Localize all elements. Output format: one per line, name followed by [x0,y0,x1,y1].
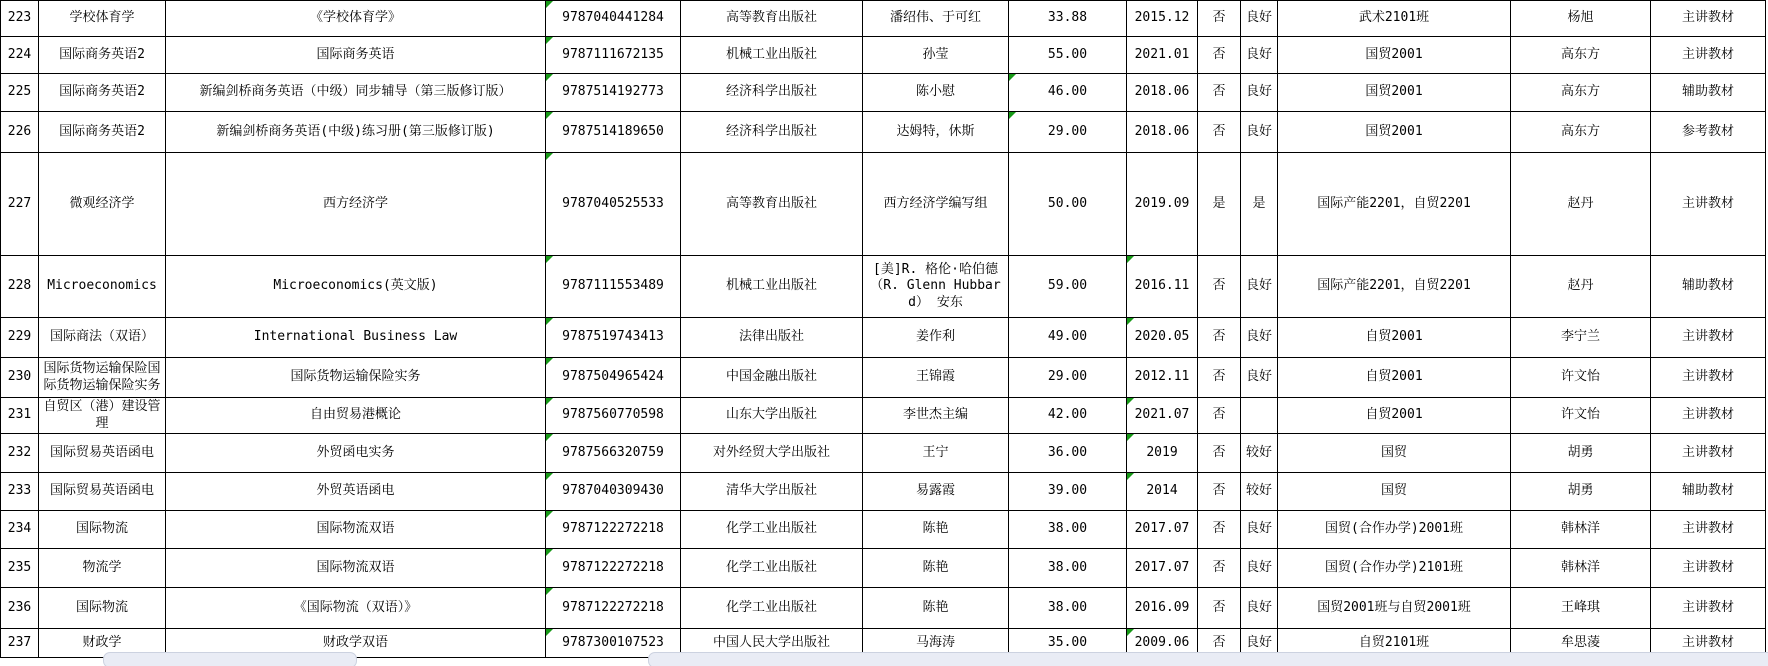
cell-textbook-title[interactable]: 《国际物流（双语）》 [166,588,546,629]
cell-course-name[interactable]: 物流学 [39,549,166,588]
cell-textbook-title[interactable]: 外贸函电实务 [166,434,546,473]
cell-author[interactable]: [美]R. 格伦·哈伯德（R. Glenn Hubbard） 安东 [863,256,1009,318]
cell-row-number[interactable]: 230 [1,358,39,398]
bottom-scrollbar-segment-right[interactable] [648,652,1768,666]
cell-publish-date[interactable]: 2020.05 [1127,318,1198,358]
cell-isbn[interactable]: 9787111672135 [546,37,681,74]
cell-condition[interactable]: 良好 [1241,37,1278,74]
cell-price[interactable]: 33.88 [1009,1,1127,37]
cell-material-usage[interactable]: 主讲教材 [1651,1,1766,37]
cell-row-number[interactable]: 227 [1,153,39,256]
cell-teacher-name[interactable]: 王峰琪 [1511,588,1651,629]
cell-publish-date[interactable]: 2019 [1127,434,1198,473]
cell-material-usage[interactable]: 主讲教材 [1651,588,1766,629]
cell-publisher[interactable]: 高等教育出版社 [681,1,863,37]
cell-yes-no[interactable]: 否 [1198,74,1241,112]
cell-yes-no[interactable]: 否 [1198,37,1241,74]
cell-course-name[interactable]: 国际货物运输保险国际货物运输保险实务 [39,358,166,398]
cell-isbn[interactable]: 9787122272218 [546,588,681,629]
cell-price[interactable]: 46.00 [1009,74,1127,112]
cell-material-usage[interactable]: 主讲教材 [1651,318,1766,358]
cell-material-usage[interactable]: 主讲教材 [1651,153,1766,256]
textbook-table: 223学校体育学《学校体育学》9787040441284高等教育出版社潘绍伟、于… [0,0,1766,658]
bottom-scrollbar-segment-left[interactable] [103,652,357,666]
cell-publish-date[interactable]: 2017.07 [1127,511,1198,549]
cell-row-number[interactable]: 229 [1,318,39,358]
cell-price[interactable]: 50.00 [1009,153,1127,256]
cell-class-names[interactable]: 国贸 [1278,434,1511,473]
cell-row-number[interactable]: 224 [1,37,39,74]
cell-publish-date[interactable]: 2019.09 [1127,153,1198,256]
cell-author[interactable]: 陈小慰 [863,74,1009,112]
cell-course-name[interactable]: 微观经济学 [39,153,166,256]
cell-price[interactable]: 38.00 [1009,511,1127,549]
cell-publisher[interactable]: 对外经贸大学出版社 [681,434,863,473]
cell-publish-date[interactable]: 2021.07 [1127,398,1198,434]
cell-author[interactable]: 潘绍伟、于可红 [863,1,1009,37]
cell-price[interactable]: 36.00 [1009,434,1127,473]
cell-textbook-title[interactable]: Microeconomics(英文版) [166,256,546,318]
cell-row-number[interactable]: 232 [1,434,39,473]
cell-material-usage[interactable]: 参考教材 [1651,112,1766,153]
cell-condition[interactable] [1241,398,1278,434]
table-row: 236国际物流《国际物流（双语）》9787122272218化学工业出版社陈艳3… [1,588,1766,629]
cell-publisher[interactable]: 高等教育出版社 [681,153,863,256]
cell-yes-no[interactable]: 否 [1198,473,1241,511]
cell-yes-no[interactable]: 否 [1198,1,1241,37]
cell-price[interactable]: 38.00 [1009,588,1127,629]
cell-teacher-name[interactable]: 胡勇 [1511,473,1651,511]
cell-class-names[interactable]: 自贸2001 [1278,398,1511,434]
cell-teacher-name[interactable]: 杨旭 [1511,1,1651,37]
cell-textbook-title[interactable]: International Business Law [166,318,546,358]
cell-publisher[interactable]: 经济科学出版社 [681,112,863,153]
cell-textbook-title[interactable]: 新编剑桥商务英语(中级)练习册(第三版修订版) [166,112,546,153]
cell-publish-date[interactable]: 2017.07 [1127,549,1198,588]
cell-material-usage[interactable]: 主讲教材 [1651,398,1766,434]
cell-class-names[interactable]: 国贸2001 [1278,112,1511,153]
cell-class-names[interactable]: 国贸(合作办学)2101班 [1278,549,1511,588]
cell-course-name[interactable]: 国际物流 [39,588,166,629]
cell-row-number[interactable]: 234 [1,511,39,549]
cell-publish-date[interactable]: 2015.12 [1127,1,1198,37]
cell-publish-date[interactable]: 2018.06 [1127,112,1198,153]
table-row: 231自贸区（港）建设管理自由贸易港概论9787560770598山东大学出版社… [1,398,1766,434]
cell-course-name[interactable]: 学校体育学 [39,1,166,37]
cell-price[interactable]: 29.00 [1009,112,1127,153]
table-row: 228MicroeconomicsMicroeconomics(英文版)9787… [1,256,1766,318]
spreadsheet-view: 223学校体育学《学校体育学》9787040441284高等教育出版社潘绍伟、于… [0,0,1768,666]
cell-course-name[interactable]: 国际商务英语2 [39,74,166,112]
cell-textbook-title[interactable]: 国际货物运输保险实务 [166,358,546,398]
cell-course-name[interactable]: 国际商务英语2 [39,112,166,153]
cell-isbn[interactable]: 9787040309430 [546,473,681,511]
cell-publisher[interactable]: 清华大学出版社 [681,473,863,511]
cell-teacher-name[interactable]: 李宁兰 [1511,318,1651,358]
cell-publisher[interactable]: 机械工业出版社 [681,256,863,318]
cell-textbook-title[interactable]: 国际物流双语 [166,549,546,588]
cell-textbook-title[interactable]: 新编剑桥商务英语（中级）同步辅导（第三版修订版） [166,74,546,112]
cell-author[interactable]: 陈艳 [863,588,1009,629]
cell-class-names[interactable]: 自贸2001 [1278,318,1511,358]
cell-material-usage[interactable]: 主讲教材 [1651,434,1766,473]
cell-yes-no[interactable]: 否 [1198,434,1241,473]
cell-price[interactable]: 39.00 [1009,473,1127,511]
cell-yes-no[interactable]: 否 [1198,256,1241,318]
cell-yes-no[interactable]: 否 [1198,398,1241,434]
cell-class-names[interactable]: 武术2101班 [1278,1,1511,37]
cell-yes-no[interactable]: 否 [1198,549,1241,588]
cell-author[interactable]: 王锦霞 [863,358,1009,398]
cell-condition[interactable]: 良好 [1241,318,1278,358]
cell-yes-no[interactable]: 是 [1198,153,1241,256]
cell-row-number[interactable]: 223 [1,1,39,37]
cell-isbn[interactable]: 9787504965424 [546,358,681,398]
cell-isbn[interactable]: 9787566320759 [546,434,681,473]
cell-course-name[interactable]: 国际商法（双语） [39,318,166,358]
cell-yes-no[interactable]: 否 [1198,588,1241,629]
cell-condition[interactable]: 良好 [1241,549,1278,588]
cell-yes-no[interactable]: 否 [1198,511,1241,549]
cell-course-name[interactable]: 国际物流 [39,511,166,549]
cell-author[interactable]: 李世杰主编 [863,398,1009,434]
cell-condition[interactable]: 较好 [1241,434,1278,473]
cell-teacher-name[interactable]: 赵丹 [1511,256,1651,318]
cell-condition[interactable]: 良好 [1241,74,1278,112]
table-row: 233国际贸易英语函电外贸英语函电9787040309430清华大学出版社易露霞… [1,473,1766,511]
table-row: 230国际货物运输保险国际货物运输保险实务国际货物运输保险实务978750496… [1,358,1766,398]
cell-yes-no[interactable]: 否 [1198,112,1241,153]
cell-course-name[interactable]: Microeconomics [39,256,166,318]
cell-isbn[interactable]: 9787040441284 [546,1,681,37]
cell-row-number[interactable]: 226 [1,112,39,153]
cell-row-number[interactable]: 225 [1,74,39,112]
cell-teacher-name[interactable]: 高东方 [1511,112,1651,153]
table-row: 227微观经济学西方经济学9787040525533高等教育出版社西方经济学编写… [1,153,1766,256]
cell-author[interactable]: 王宁 [863,434,1009,473]
cell-price[interactable]: 42.00 [1009,398,1127,434]
cell-material-usage[interactable]: 辅助教材 [1651,473,1766,511]
cell-price[interactable]: 59.00 [1009,256,1127,318]
cell-publish-date[interactable]: 2012.11 [1127,358,1198,398]
cell-row-number[interactable]: 228 [1,256,39,318]
cell-textbook-title[interactable]: 国际商务英语 [166,37,546,74]
cell-row-number[interactable]: 236 [1,588,39,629]
cell-condition[interactable]: 是 [1241,153,1278,256]
cell-teacher-name[interactable]: 许文怡 [1511,398,1651,434]
cell-condition[interactable]: 较好 [1241,473,1278,511]
cell-isbn[interactable]: 9787514189650 [546,112,681,153]
cell-row-number[interactable]: 235 [1,549,39,588]
table-row: 229国际商法（双语）International Business Law978… [1,318,1766,358]
cell-price[interactable]: 38.00 [1009,549,1127,588]
cell-isbn[interactable]: 9787514192773 [546,74,681,112]
cell-condition[interactable]: 良好 [1241,511,1278,549]
cell-publisher[interactable]: 中国金融出版社 [681,358,863,398]
cell-material-usage[interactable]: 辅助教材 [1651,74,1766,112]
cell-condition[interactable]: 良好 [1241,256,1278,318]
cell-class-names[interactable]: 国际产能2201，自贸2201 [1278,256,1511,318]
cell-isbn[interactable]: 9787560770598 [546,398,681,434]
table-row: 234国际物流国际物流双语9787122272218化学工业出版社陈艳38.00… [1,511,1766,549]
cell-teacher-name[interactable]: 赵丹 [1511,153,1651,256]
cell-textbook-title[interactable]: 国际物流双语 [166,511,546,549]
cell-publisher[interactable]: 经济科学出版社 [681,74,863,112]
textbook-table-body: 223学校体育学《学校体育学》9787040441284高等教育出版社潘绍伟、于… [1,1,1766,658]
cell-publish-date[interactable]: 2021.01 [1127,37,1198,74]
cell-publisher[interactable]: 山东大学出版社 [681,398,863,434]
cell-author[interactable]: 姜作利 [863,318,1009,358]
cell-row-number[interactable]: 231 [1,398,39,434]
cell-author[interactable]: 达姆特，休斯 [863,112,1009,153]
cell-publish-date[interactable]: 2014 [1127,473,1198,511]
table-row: 224国际商务英语2国际商务英语9787111672135机械工业出版社孙莹55… [1,37,1766,74]
cell-course-name[interactable]: 国际贸易英语函电 [39,473,166,511]
cell-condition[interactable]: 良好 [1241,112,1278,153]
cell-class-names[interactable]: 国贸2001 [1278,74,1511,112]
cell-class-names[interactable]: 国贸2001班与自贸2001班 [1278,588,1511,629]
cell-material-usage[interactable]: 辅助教材 [1651,256,1766,318]
cell-author[interactable]: 孙莹 [863,37,1009,74]
cell-class-names[interactable]: 国贸 [1278,473,1511,511]
cell-author[interactable]: 易露霞 [863,473,1009,511]
cell-row-number[interactable]: 233 [1,473,39,511]
table-row: 235物流学国际物流双语9787122272218化学工业出版社陈艳38.002… [1,549,1766,588]
cell-publisher[interactable]: 化学工业出版社 [681,549,863,588]
cell-condition[interactable]: 良好 [1241,588,1278,629]
cell-publish-date[interactable]: 2016.09 [1127,588,1198,629]
cell-price[interactable]: 55.00 [1009,37,1127,74]
cell-publisher[interactable]: 化学工业出版社 [681,511,863,549]
cell-row-number[interactable]: 237 [1,629,39,658]
table-row: 225国际商务英语2新编剑桥商务英语（中级）同步辅导（第三版修订版）978751… [1,74,1766,112]
cell-teacher-name[interactable]: 胡勇 [1511,434,1651,473]
cell-class-names[interactable]: 自贸2001 [1278,358,1511,398]
cell-teacher-name[interactable]: 高东方 [1511,74,1651,112]
cell-isbn[interactable]: 9787519743413 [546,318,681,358]
cell-isbn[interactable]: 9787122272218 [546,511,681,549]
cell-material-usage[interactable]: 主讲教材 [1651,511,1766,549]
cell-textbook-title[interactable]: 外贸英语函电 [166,473,546,511]
cell-class-names[interactable]: 国贸(合作办学)2001班 [1278,511,1511,549]
cell-condition[interactable]: 良好 [1241,358,1278,398]
cell-isbn[interactable]: 9787040525533 [546,153,681,256]
table-row: 223学校体育学《学校体育学》9787040441284高等教育出版社潘绍伟、于… [1,1,1766,37]
cell-material-usage[interactable]: 主讲教材 [1651,549,1766,588]
cell-condition[interactable]: 良好 [1241,1,1278,37]
cell-course-name[interactable]: 自贸区（港）建设管理 [39,398,166,434]
cell-course-name[interactable]: 国际贸易英语函电 [39,434,166,473]
cell-publish-date[interactable]: 2016.11 [1127,256,1198,318]
cell-isbn[interactable]: 9787122272218 [546,549,681,588]
cell-price[interactable]: 29.00 [1009,358,1127,398]
cell-author[interactable]: 陈艳 [863,511,1009,549]
cell-textbook-title[interactable]: 西方经济学 [166,153,546,256]
cell-isbn[interactable]: 9787111553489 [546,256,681,318]
cell-price[interactable]: 49.00 [1009,318,1127,358]
cell-publisher[interactable]: 机械工业出版社 [681,37,863,74]
cell-class-names[interactable]: 国际产能2201，自贸2201 [1278,153,1511,256]
cell-material-usage[interactable]: 主讲教材 [1651,358,1766,398]
cell-textbook-title[interactable]: 《学校体育学》 [166,1,546,37]
table-row: 232国际贸易英语函电外贸函电实务9787566320759对外经贸大学出版社王… [1,434,1766,473]
cell-textbook-title[interactable]: 自由贸易港概论 [166,398,546,434]
cell-teacher-name[interactable]: 高东方 [1511,37,1651,74]
cell-class-names[interactable]: 国贸2001 [1278,37,1511,74]
cell-teacher-name[interactable]: 韩林洋 [1511,549,1651,588]
cell-author[interactable]: 陈艳 [863,549,1009,588]
cell-author[interactable]: 西方经济学编写组 [863,153,1009,256]
cell-teacher-name[interactable]: 韩林洋 [1511,511,1651,549]
cell-yes-no[interactable]: 否 [1198,318,1241,358]
cell-course-name[interactable]: 国际商务英语2 [39,37,166,74]
cell-teacher-name[interactable]: 许文怡 [1511,358,1651,398]
cell-yes-no[interactable]: 否 [1198,358,1241,398]
cell-material-usage[interactable]: 主讲教材 [1651,37,1766,74]
table-row: 226国际商务英语2新编剑桥商务英语(中级)练习册(第三版修订版)9787514… [1,112,1766,153]
cell-publisher[interactable]: 法律出版社 [681,318,863,358]
cell-publisher[interactable]: 化学工业出版社 [681,588,863,629]
cell-publish-date[interactable]: 2018.06 [1127,74,1198,112]
